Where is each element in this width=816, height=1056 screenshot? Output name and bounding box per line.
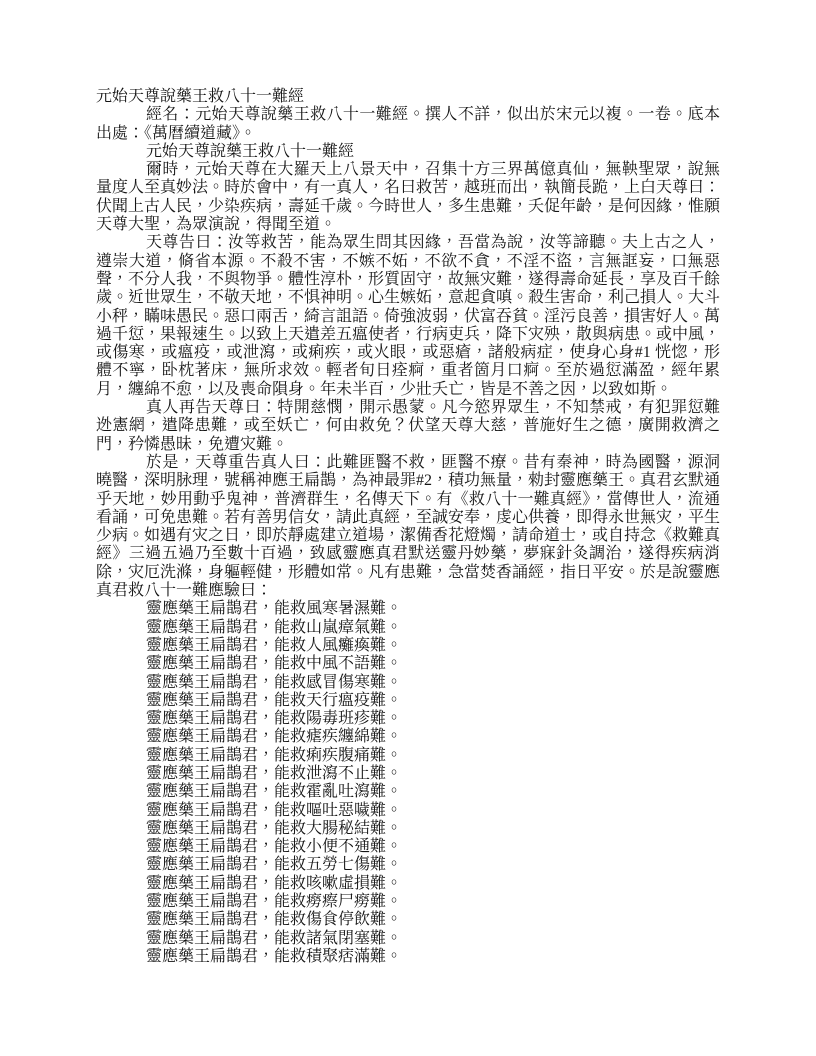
verse-line: 靈應藥王扁鵲君，能救咳嗽虛損難。 (96, 875, 720, 893)
verse-line: 靈應藥王扁鵲君，能救瘧疾纏綿難。 (96, 728, 720, 746)
paragraph-4: 於是，天尊重告真人曰：此難匪醫不救，匪醫不療。昔有秦神，時為國醫，源洞曉醫，深明… (96, 454, 720, 600)
verse-line: 靈應藥王扁鵲君，能救中風不語難。 (96, 655, 720, 673)
paragraph-1: 爾時，元始天尊在大羅天上八景天中，召集十方三界萬億真仙，無鞅聖眾，說無量度人至真… (96, 161, 720, 234)
verse-line: 靈應藥王扁鵲君，能救山嵐瘴氣難。 (96, 619, 720, 637)
inner-title: 元始天尊說藥王救八十一難經 (96, 143, 720, 161)
document-page: 元始天尊說藥王救八十一難經 經名：元始天尊說藥王救八十一難經。撰人不詳，似出於宋… (0, 0, 816, 1056)
verse-list: 靈應藥王扁鵲君，能救風寒暑濕難。 靈應藥王扁鵲君，能救山嵐瘴氣難。 靈應藥王扁鵲… (96, 600, 720, 966)
verse-line: 靈應藥王扁鵲君，能救傷食停飲難。 (96, 911, 720, 929)
paragraph-3: 真人再告天尊曰：特開慈憫，開示愚蒙。凡今慾界眾生，不知禁戒，有犯罪愆難迯憲網，遣… (96, 399, 720, 454)
paragraph-2: 天尊告曰：汝等救苦，能為眾生問其因緣，吾當為說，汝等諦聽。夫上古之人，遵崇大道，… (96, 234, 720, 399)
verse-line: 靈應藥王扁鵲君，能救泄瀉不止難。 (96, 765, 720, 783)
verse-line: 靈應藥王扁鵲君，能救人風癱瘓難。 (96, 637, 720, 655)
verse-line: 靈應藥王扁鵲君，能救積聚痞滿難。 (96, 948, 720, 966)
document-title: 元始天尊說藥王救八十一難經 (96, 88, 720, 106)
verse-line: 靈應藥王扁鵲君，能救小便不通難。 (96, 838, 720, 856)
verse-line: 靈應藥王扁鵲君，能救霍亂吐瀉難。 (96, 783, 720, 801)
verse-line: 靈應藥王扁鵲君，能救癆瘵尸癆難。 (96, 893, 720, 911)
verse-line: 靈應藥王扁鵲君，能救痢疾腹痛難。 (96, 747, 720, 765)
text-block: 元始天尊說藥王救八十一難經 經名：元始天尊說藥王救八十一難經。撰人不詳，似出於宋… (96, 88, 720, 966)
verse-line: 靈應藥王扁鵲君，能救五勞七傷難。 (96, 856, 720, 874)
colophon-paragraph: 經名：元始天尊說藥王救八十一難經。撰人不詳，似出於宋元以複。一卷。底本出處：《萬… (96, 106, 720, 143)
verse-line: 靈應藥王扁鵲君，能救天行瘟疫難。 (96, 692, 720, 710)
verse-line: 靈應藥王扁鵲君，能救諸氣閉塞難。 (96, 930, 720, 948)
verse-line: 靈應藥王扁鵲君，能救嘔吐惡噦難。 (96, 802, 720, 820)
verse-line: 靈應藥王扁鵲君，能救感冒傷寒難。 (96, 674, 720, 692)
verse-line: 靈應藥王扁鵲君，能救陽毒班疹難。 (96, 710, 720, 728)
verse-line: 靈應藥王扁鵲君，能救大腸秘結難。 (96, 820, 720, 838)
verse-line: 靈應藥王扁鵲君，能救風寒暑濕難。 (96, 600, 720, 618)
